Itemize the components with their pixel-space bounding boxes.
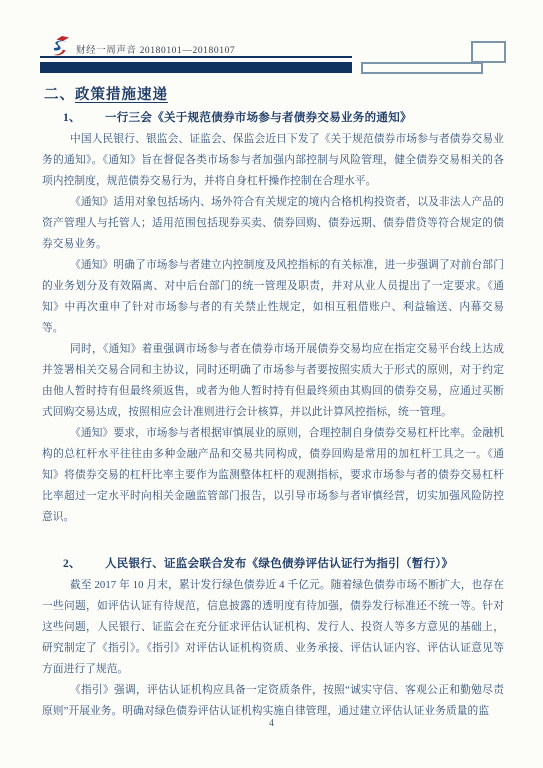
article-item: 1、一行三会《关于规范债券市场参与者债券交易业务的通知》中国人民银行、银监会、证…	[42, 108, 504, 528]
item-title: 人民银行、证监会联合发布《绿色债券评估认证行为指引（暂行）》	[105, 558, 453, 570]
item-heading: 1、一行三会《关于规范债券市场参与者债券交易业务的通知》	[42, 108, 504, 129]
article-item: 2、人民银行、证监会联合发布《绿色债券评估认证行为指引（暂行）》截至 2017 …	[42, 554, 504, 722]
document-page: 财经一周声音 20180101—20180107 二、政策措施速递 1、一行三会…	[0, 0, 543, 768]
paragraph: 截至 2017 年 10 月末，累计发行绿色债券近 4 千亿元。随着绿色债券市场…	[42, 575, 504, 680]
items-container: 1、一行三会《关于规范债券市场参与者债券交易业务的通知》中国人民银行、银监会、证…	[42, 108, 504, 722]
item-title: 一行三会《关于规范债券市场参与者债券交易业务的通知》	[105, 112, 412, 124]
paragraph: 《指引》强调，评估认证机构应具备一定资质条件，按照“诚实守信、客观公正和勤勉尽责…	[42, 680, 504, 722]
document-body: 二、政策措施速递 1、一行三会《关于规范债券市场参与者债券交易业务的通知》中国人…	[42, 86, 504, 722]
paragraph: 《通知》明确了市场参与者建立内控制度及风控指标的有关标准，进一步强调了对前台部门…	[42, 255, 504, 339]
decorative-textbox-outline-bottom	[361, 62, 483, 74]
header-accent-bar	[40, 62, 352, 73]
paragraph: 中国人民银行、银监会、证监会、保监会近日下发了《关于规范债券市场参与者债券交易业…	[42, 129, 504, 192]
paragraph: 同时，《通知》着重强调市场参与者在债券市场开展债券交易均应在指定交易平台线上达成…	[42, 339, 504, 423]
brand-logo-icon	[51, 35, 71, 57]
section-heading: 二、政策措施速递	[44, 86, 504, 104]
section-title: 政策措施速递	[75, 87, 168, 103]
decorative-textbox-outline-top	[471, 41, 506, 63]
section-number: 二、	[44, 87, 75, 103]
header-rule	[40, 56, 352, 58]
page-number: 4	[269, 718, 274, 729]
item-number: 2、	[63, 554, 105, 575]
paragraph: 《通知》适用对象包括场内、场外符合有关规定的境内合格机构投资者，以及非法人产品的…	[42, 192, 504, 255]
item-heading: 2、人民银行、证监会联合发布《绿色债券评估认证行为指引（暂行）》	[42, 554, 504, 575]
paragraph: 《通知》要求，市场参与者根据审慎展业的原则，合理控制自身债券交易杠杆比率。金融机…	[42, 423, 504, 528]
item-number: 1、	[63, 108, 105, 129]
page-footer: 4	[0, 718, 543, 729]
header-title: 财经一周声音 20180101—20180107	[76, 42, 235, 56]
